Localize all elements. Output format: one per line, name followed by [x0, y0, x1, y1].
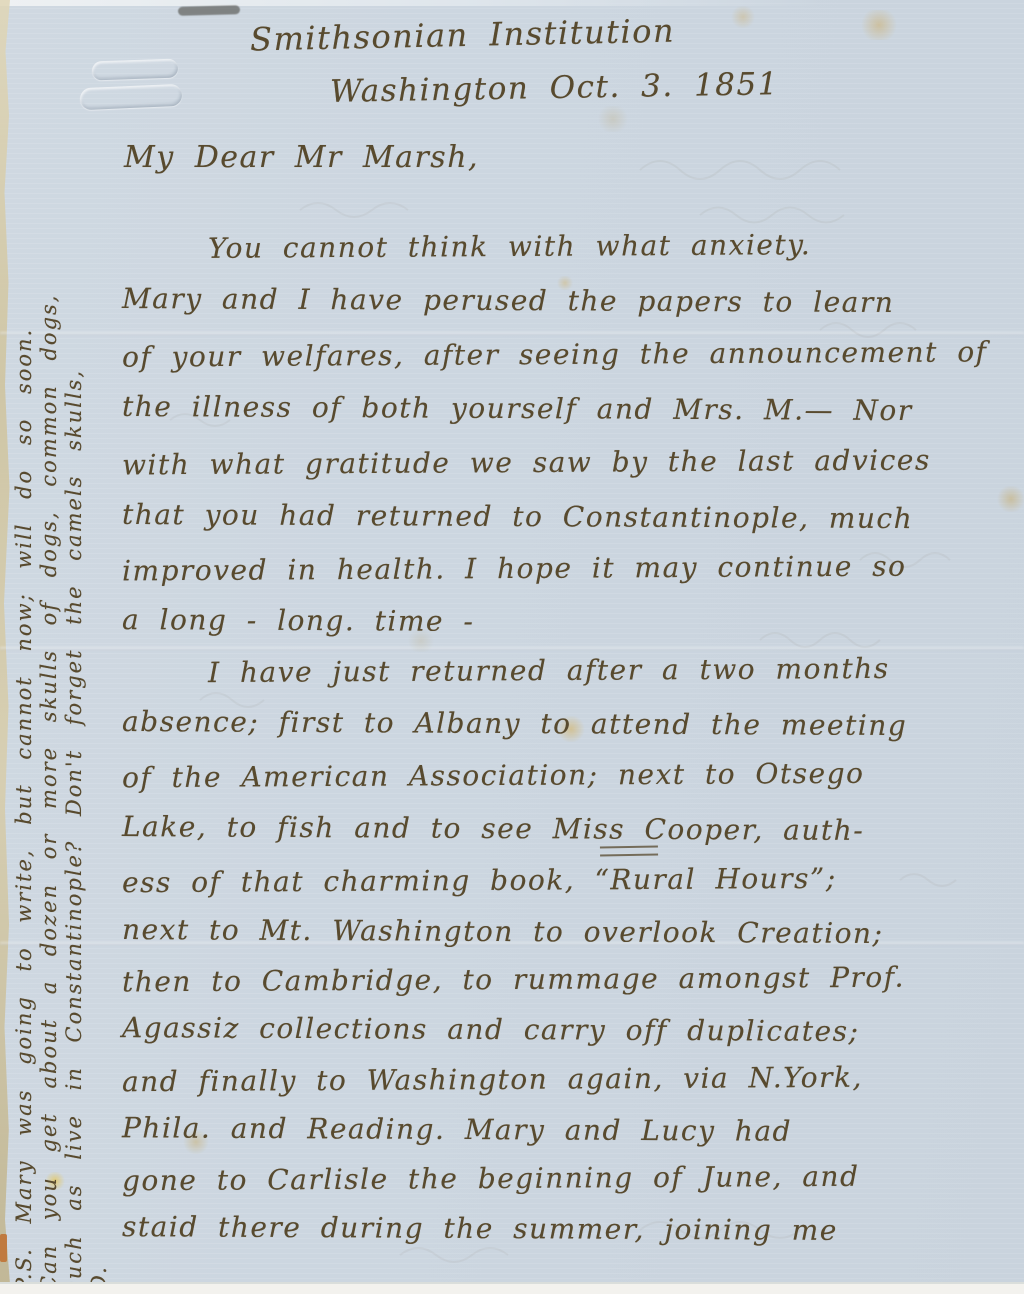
margin-postscript: P.S. Mary was going to write, but cannot…: [12, 48, 112, 1292]
fold-crease: [0, 646, 1024, 650]
fold-crease: [0, 331, 1024, 335]
body-line: next to Mt. Washington to overlook Creat…: [122, 913, 884, 950]
ps-line: such as live in Constantinople? Don't fo…: [62, 48, 87, 1292]
body-line: that you had returned to Constantinople,…: [122, 498, 913, 535]
body-line: then to Cambridge, to rummage amongst Pr…: [122, 961, 905, 999]
body-line: absence; first to Albany to attend the m…: [122, 705, 907, 742]
body-line: ess of that charming book, “Rural Hours”…: [122, 862, 837, 899]
body-line: Phila. and Reading. Mary and Lucy had: [122, 1111, 792, 1148]
body-line: Lake, to fish and to see Miss Cooper, au…: [122, 810, 864, 847]
letter-paper: Smithsonian Institution Washington Oct. …: [0, 0, 1024, 1284]
body-line: and finally to Washington again, via N.Y…: [122, 1061, 863, 1099]
paper-top-edge: [0, 0, 1024, 6]
body-line: gone to Carlisle the beginning of June, …: [122, 1160, 860, 1198]
body-line: of your welfares, after seeing the annou…: [122, 335, 988, 373]
body-line: with what gratitude we saw by the last a…: [122, 444, 931, 482]
ps-line: Can you get about a dozen or more skulls…: [37, 48, 62, 1292]
body-line: a long - long. time -: [122, 603, 475, 638]
body-line: I have just returned after a two months: [208, 652, 890, 689]
edge-discoloration-mark: [0, 1234, 7, 1262]
body-line: Agassiz collections and carry off duplic…: [122, 1011, 860, 1048]
body-line: the illness of both yourself and Mrs. M.…: [122, 390, 913, 427]
body-line: Mary and I have perused the papers to le…: [122, 282, 895, 319]
header-organization: Smithsonian Institution: [250, 12, 676, 59]
header-place-date: Washington Oct. 3. 1851: [330, 66, 780, 110]
torn-left-edge: [0, 0, 10, 1284]
ink-smudge: [178, 5, 240, 16]
salutation: My Dear Mr Marsh,: [124, 140, 479, 175]
body-line: staid there during the summer, joining m…: [122, 1210, 838, 1247]
ps-line: D.: [87, 48, 112, 1292]
ps-line: P.S. Mary was going to write, but cannot…: [12, 48, 37, 1292]
body-line: improved in health. I hope it may contin…: [122, 550, 907, 588]
scanner-background-strip: [0, 1282, 1024, 1294]
double-underline-mark: [600, 845, 658, 856]
body-line: of the American Association; next to Ots…: [122, 757, 865, 795]
body-line: You cannot think with what anxiety.: [208, 228, 811, 265]
